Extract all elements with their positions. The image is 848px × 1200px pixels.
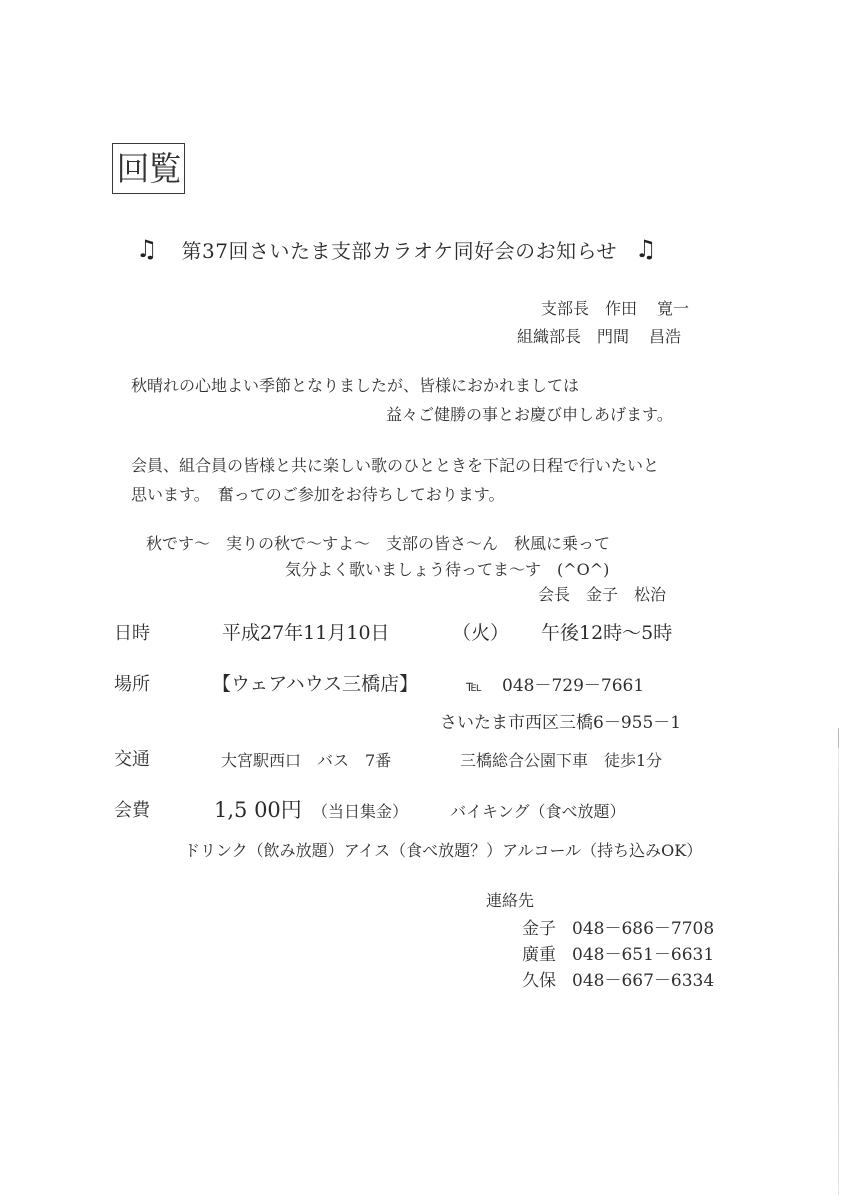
- access-label: 交通: [114, 748, 150, 772]
- greeting-line-2: 益々ご健勝の事とお慶び申しあげます。: [386, 404, 673, 426]
- circulate-stamp: 回覧: [112, 143, 185, 194]
- event-weekday: （火）: [452, 620, 509, 646]
- signature-role: 会長: [538, 584, 570, 606]
- document-title-row: ♫ 第37回さいたま支部カラオケ同好会のお知らせ ♫: [136, 232, 706, 266]
- invitation-line-1: 会員、組合員の皆様と共に楽しい歌のひとときを下記の日程で行いたいと: [131, 455, 659, 477]
- message-line-2: 気分よく歌いましょう待ってま～す (^O^): [285, 559, 609, 581]
- organizer-family-name: 門間: [597, 326, 629, 348]
- contact-name: 金子: [522, 917, 556, 941]
- fee-label: 会費: [114, 799, 150, 823]
- scan-artifact-line: [838, 730, 839, 1195]
- fee-food: バイキング（食べ放題）: [450, 801, 626, 823]
- fee-extras: ドリンク（飲み放題）アイス（食べ放題？）アルコール（持ち込みOK）: [184, 840, 702, 862]
- venue-phone: 048－729－7661: [502, 674, 644, 698]
- organizer-given-name: 寛一: [657, 298, 689, 320]
- venue-name: 【ウェアハウス三橋店】: [212, 671, 418, 697]
- event-date: 平成27年11月10日: [222, 620, 390, 646]
- organizer-branch-head: 支部長 作田 寛一: [541, 298, 689, 320]
- access-bus: 大宮駅西口 バス 7番: [221, 750, 391, 772]
- datetime-label: 日時: [114, 622, 150, 646]
- organizer-given-name: 昌浩: [649, 326, 681, 348]
- message-line-1: 秋です～ 実りの秋で～すよ～ 支部の皆さ～ん 秋風に乗って: [146, 533, 610, 555]
- invitation-line-2: 思います。 奮ってのご参加をお待ちしております。: [131, 484, 504, 506]
- venue-address: さいたま市西区三橋6－955－1: [440, 711, 681, 735]
- document-title: 第37回さいたま支部カラオケ同好会のお知らせ: [182, 235, 617, 264]
- organizer-role: 支部長: [541, 298, 589, 320]
- contact-phone: 048－667－6334: [572, 969, 714, 993]
- organizer-family-name: 作田: [605, 298, 637, 320]
- music-note-icon: ♫: [136, 235, 158, 263]
- contact-item: 廣重 048－651－6631: [522, 943, 714, 967]
- contact-item: 金子 048－686－7708: [522, 917, 714, 941]
- contact-phone: 048－686－7708: [572, 917, 714, 941]
- signature-family-name: 金子: [586, 584, 618, 606]
- contact-name: 廣重: [522, 943, 556, 967]
- music-note-icon: ♫: [635, 235, 657, 263]
- signature-given-name: 松治: [634, 584, 666, 606]
- organizer-role: 組織部長: [517, 326, 581, 348]
- fee-amount: 1,5 00円: [214, 797, 302, 823]
- event-time: 午後12時～5時: [541, 620, 672, 646]
- organizer-organization-head: 組織部長 門間 昌浩: [517, 326, 681, 348]
- contacts-heading: 連絡先: [486, 890, 534, 912]
- venue-label: 場所: [114, 673, 150, 697]
- contact-item: 久保 048－667－6334: [522, 969, 714, 993]
- chairman-signature: 会長 金子 松治: [538, 584, 666, 606]
- contact-name: 久保: [522, 969, 556, 993]
- access-stop: 三橋総合公園下車 徒歩1分: [460, 750, 662, 772]
- greeting-line-1: 秋晴れの心地よい季節となりましたが、皆様におかれましては: [131, 375, 579, 397]
- contact-phone: 048－651－6631: [572, 943, 714, 967]
- fee-payment-note: （当日集金）: [312, 801, 408, 823]
- telephone-icon: ℡: [466, 674, 482, 698]
